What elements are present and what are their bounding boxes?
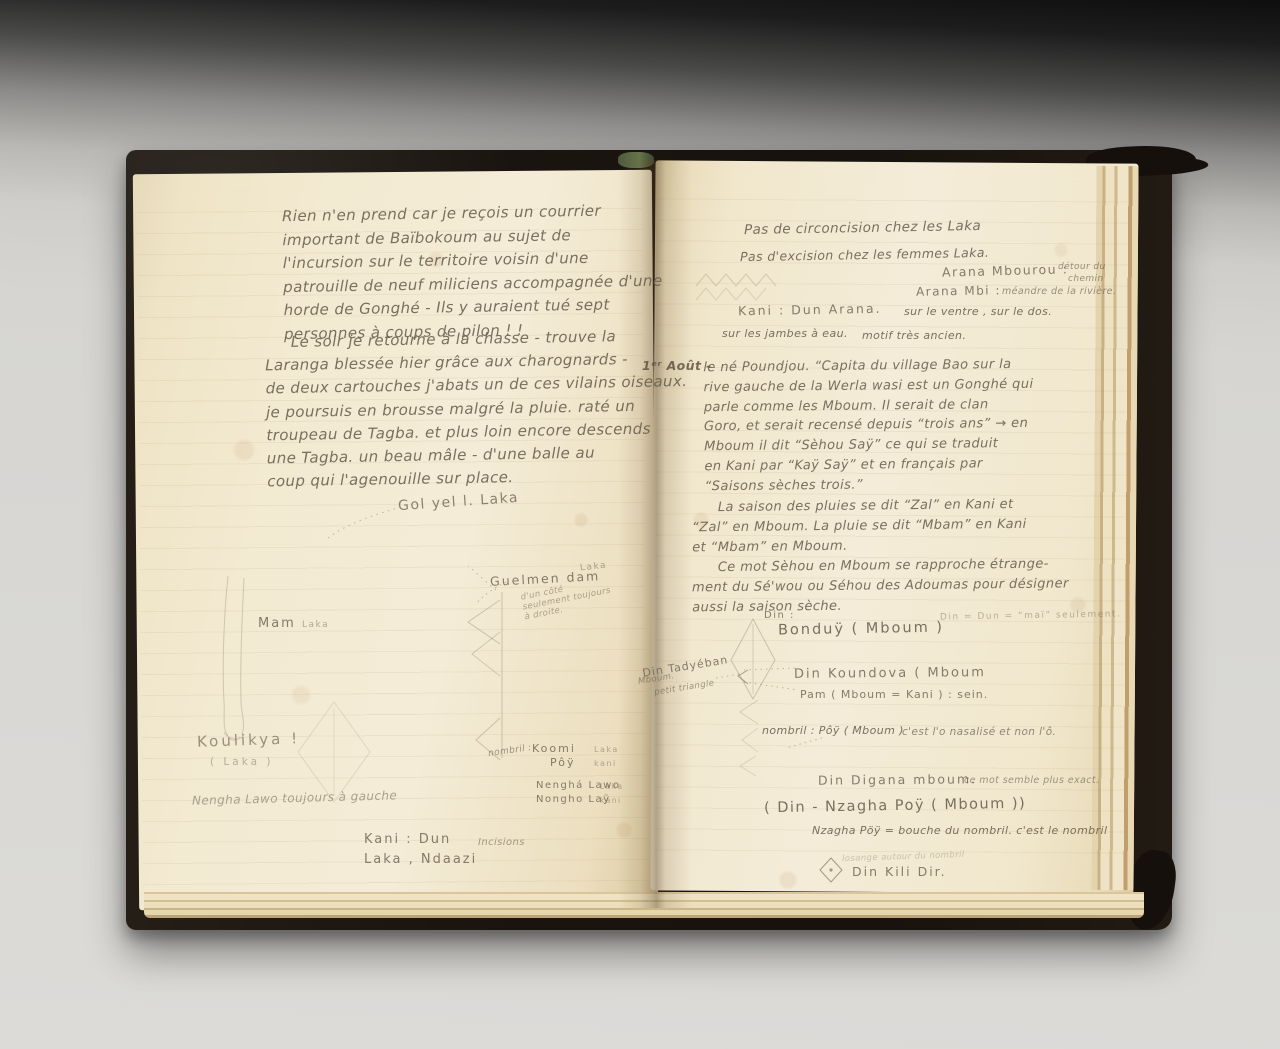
annotation-poy: Pôÿ	[550, 756, 575, 769]
note-arana-mbourou-def2: chemin	[1068, 274, 1104, 284]
ladder-chevron-motif-sketch	[456, 588, 516, 768]
arm-sketch	[214, 574, 264, 744]
annotation-kani-dun: Kani : Dun	[364, 832, 451, 847]
annotation-nengha2-lang: Laka	[600, 782, 624, 791]
annotation-koulikya: Koulikya !	[197, 729, 301, 751]
note-nombril-poy: c'est l'o nasalisé et non l'ô.	[902, 726, 1056, 738]
annotation-poy-lang: kani	[594, 759, 617, 768]
term-pam: Pam ( Mboum = Kani ) : sein.	[800, 688, 988, 701]
annotation-mam-lang: Laka	[302, 620, 329, 630]
annotation-incisions: Incisions	[478, 837, 525, 848]
dotted-leader-lines	[472, 580, 512, 606]
note-arana-mbi: Arana Mbi :	[916, 283, 1001, 298]
chevron-column-sketch	[734, 698, 764, 778]
def-nzagha: Nzagha Pöÿ = bouche du nombril. c'est le…	[812, 824, 1107, 837]
note-arana-mbi-def: méandre de la rivière.	[1002, 286, 1116, 297]
dotted-leader-lines	[714, 660, 804, 700]
term-digana: Din Digana mboum.	[818, 771, 977, 787]
journal-entry-poundjou: le né Poundjou. “Capita du village Bao s…	[703, 354, 1134, 497]
term-koundova: Din Koundova ( Mboum	[794, 665, 986, 682]
annotation-koomi: Koomi	[532, 742, 576, 755]
journal-paragraph-courrier: Rien n'en prend car je reçois un courrie…	[282, 199, 649, 347]
note-jambes: sur les jambes à eau.	[722, 327, 848, 340]
annotation-koulikya-lang: ( Laka )	[210, 756, 273, 768]
note-digana: ce mot semble plus exact.	[964, 775, 1099, 786]
note-ventre-dos: sur le ventre , sur le dos.	[904, 305, 1052, 318]
note-arana-mbourou-def: détour du	[1058, 262, 1106, 272]
journal-paragraph-sehou: Ce mot Sèhou en Mboum se rapproche étran…	[692, 554, 1143, 619]
note-motif-ancien: motif très ancien.	[862, 329, 966, 342]
annotation-koomi-lang: Laka	[594, 745, 619, 754]
date-1er-aout: 1ᵉʳ Août -	[642, 358, 712, 373]
journal-paragraph-chasse: Le soir je retourne à la chasse - trouve…	[265, 325, 653, 494]
diamond-dot-kili-sketch	[818, 856, 844, 884]
annotation-laka-ndaazi: Laka , Ndaazi	[364, 852, 477, 867]
annotation-mam: Mam	[258, 616, 296, 631]
note-kani-dun-arana: Kani : Dun Arana.	[738, 301, 882, 319]
dotted-leader-lines	[326, 502, 406, 542]
term-kili-dir: Din Kili Dir.	[852, 864, 947, 879]
annotation-nongho-lang: kani	[600, 796, 622, 805]
open-notebook: Rien n'en prend car je reçois un courrie…	[126, 150, 1172, 930]
term-nombril-poy: nombril : Pôÿ ( Mboum )	[762, 724, 904, 737]
term-bonduy: Bonduÿ ( Mboum )	[778, 620, 944, 639]
zigzag-motif-sketch	[694, 270, 804, 306]
journal-paragraph-pluies: La saison des pluies se dit “Zal” en Kan…	[692, 494, 1143, 559]
